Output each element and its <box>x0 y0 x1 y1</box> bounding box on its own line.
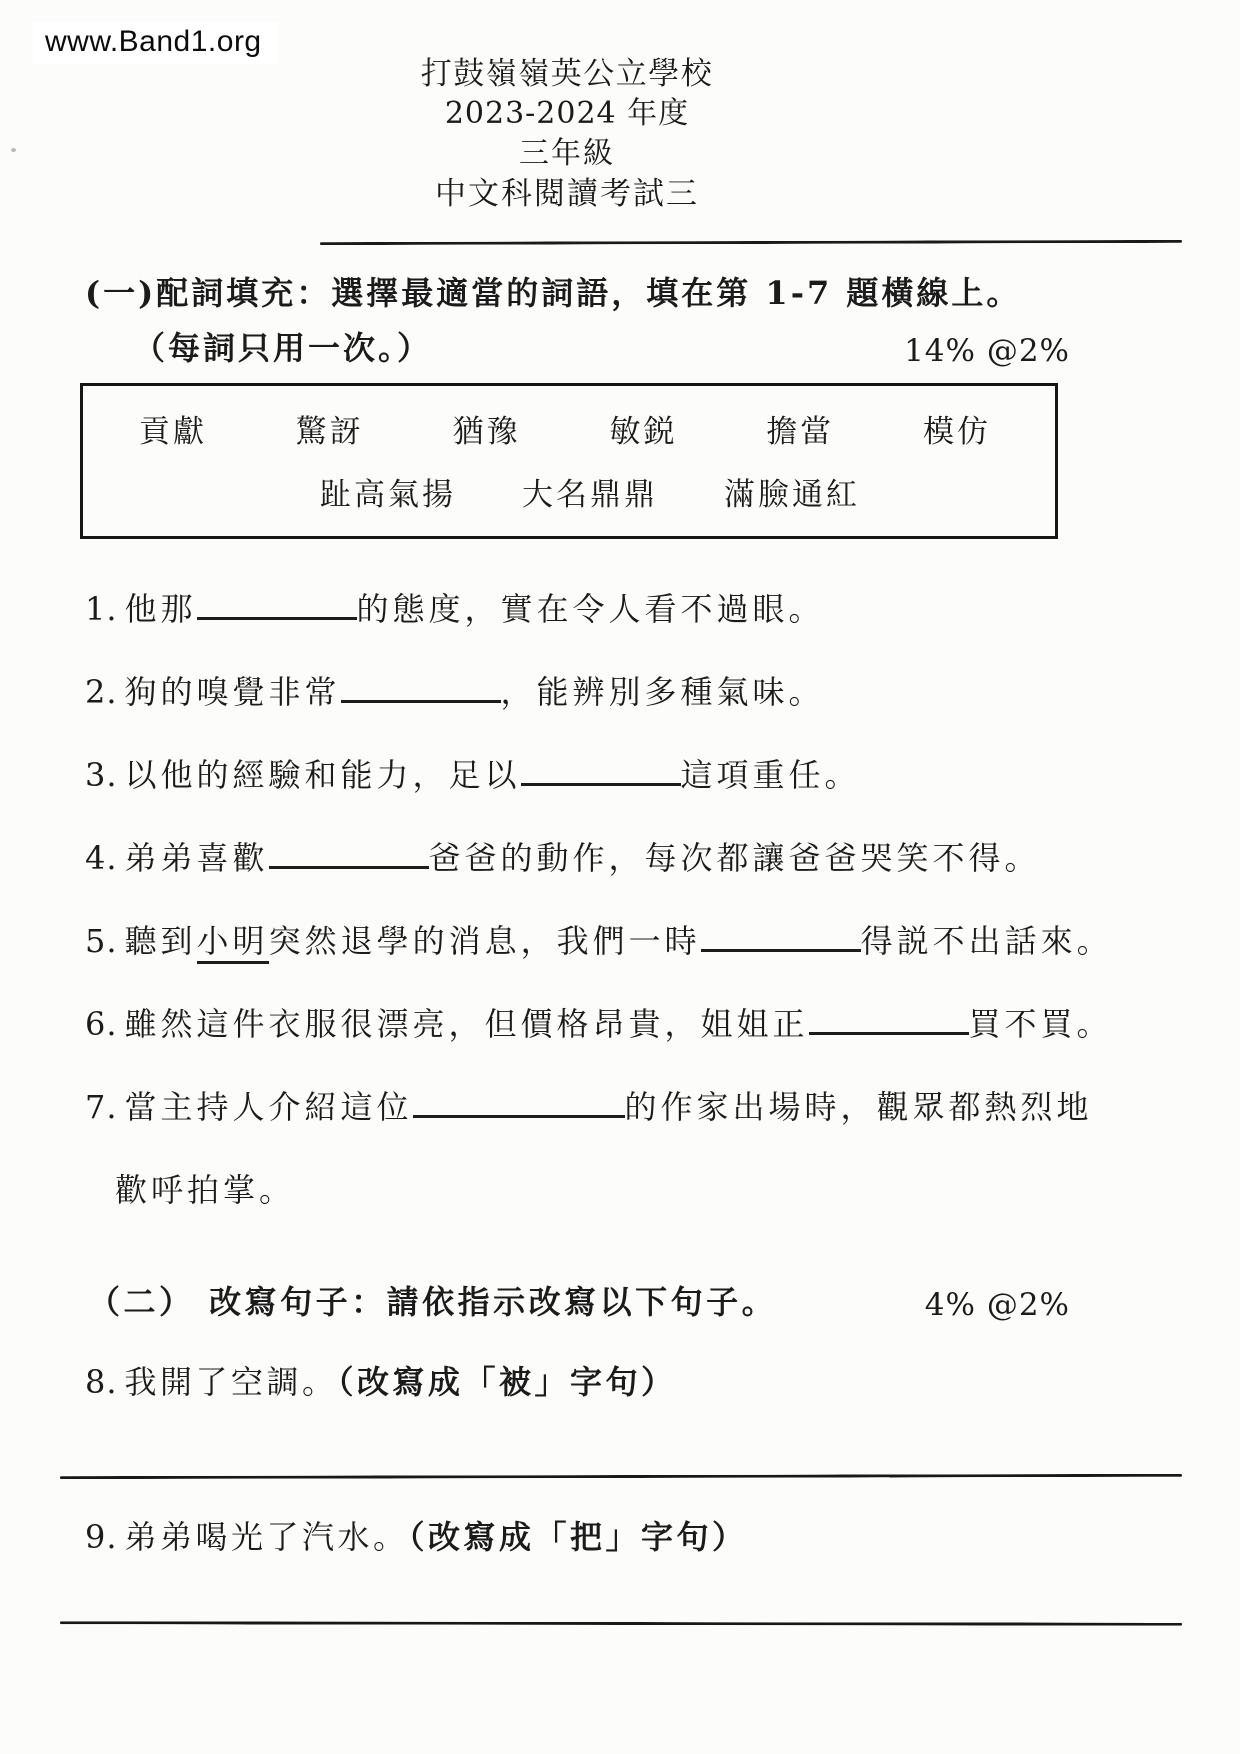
question-text: 聽到 <box>125 922 197 960</box>
word-bank-row-1: 貢獻 驚訝 猶豫 敏鋭 擔當 模仿 <box>83 406 1055 451</box>
answer-blank <box>413 1103 625 1118</box>
answer-blank <box>701 937 861 952</box>
question-number: 1. <box>85 590 118 628</box>
question-text: 雖然這件衣服很漂亮，但價格昂貴，姐姐正 <box>125 1005 809 1043</box>
underlined-name: 小明 <box>197 922 269 964</box>
question-6: 6.雖然這件衣服很漂亮，但價格昂貴，姐姐正買不買。 <box>85 1004 1240 1044</box>
answer-line <box>60 1621 1182 1626</box>
answer-blank <box>809 1020 969 1035</box>
answer-blank <box>341 688 501 703</box>
word-bank-word: 猶豫 <box>453 406 521 451</box>
word-bank: 貢獻 驚訝 猶豫 敏鋭 擔當 模仿 趾高氣揚 大名鼎鼎 滿臉通紅 <box>80 383 1058 539</box>
answer-blank <box>521 771 681 786</box>
rewrite-instruction: （改寫成「把」字句） <box>409 1518 748 1556</box>
question-2: 2.狗的嗅覺非常，能辨別多種氣味。 <box>85 672 1240 712</box>
question-number: 5. <box>85 922 118 960</box>
word-bank-word: 滿臉通紅 <box>724 469 860 514</box>
word-bank-word: 驚訝 <box>296 406 364 451</box>
question-5: 5.聽到小明突然退學的消息，我們一時得説不出話來。 <box>85 921 1240 961</box>
exam-title: 中文科閱讀考試三 <box>0 174 1134 214</box>
answer-blank <box>197 605 357 620</box>
question-text: 突然退學的消息，我們一時 <box>269 922 701 960</box>
section1-title: (一)配詞填充：選擇最適當的詞語，填在第 1-7 題橫線上。 <box>85 268 1200 314</box>
section1-subtitle-row: （每詞只用一次。） 14% @2% <box>133 323 1070 369</box>
question-text: 得説不出話來。 <box>861 922 1113 960</box>
word-bank-word: 模仿 <box>923 406 991 451</box>
word-bank-word: 敏鋭 <box>609 406 677 451</box>
exam-paper-page: www.Band1.org 打鼓嶺嶺英公立學校 2023-2024 年度 三年級… <box>0 0 1240 1754</box>
question-text: 這項重任。 <box>681 756 861 794</box>
question-7: 7.當主持人介紹這位的作家出場時，觀眾都熱烈地 <box>85 1087 1240 1127</box>
question-text: 歡呼拍掌。 <box>115 1171 295 1209</box>
question-text: 弟弟喜歡 <box>125 839 269 877</box>
question-text: 的態度，實在令人看不過眼。 <box>357 590 825 628</box>
section2-heading-row: （二） 改寫句子：請依指示改寫以下句子。 4% @2% <box>88 1277 1070 1323</box>
school-year: 2023-2024 年度 <box>0 94 1134 134</box>
watermark: www.Band1.org <box>33 22 278 64</box>
question-number: 7. <box>85 1088 118 1126</box>
word-bank-word: 趾高氣揚 <box>320 469 456 514</box>
question-7-continuation: 歡呼拍掌。 <box>115 1170 1240 1210</box>
question-number: 3. <box>85 756 118 794</box>
question-1: 1.他那的態度，實在令人看不過眼。 <box>85 589 1240 629</box>
word-bank-word: 貢獻 <box>139 406 207 451</box>
section2-title: （二） 改寫句子：請依指示改寫以下句子。 <box>88 1277 777 1323</box>
section2-marks: 4% @2% <box>925 1287 1070 1323</box>
section1-marks: 14% @2% <box>904 333 1070 369</box>
question-text: 買不買。 <box>969 1005 1113 1043</box>
question-number: 4. <box>85 839 118 877</box>
answer-line <box>60 1474 1182 1479</box>
question-text: 當主持人介紹這位 <box>125 1088 413 1126</box>
header-divider <box>320 240 1182 245</box>
question-text: 爸爸的動作，每次都讓爸爸哭笑不得。 <box>429 839 1041 877</box>
word-bank-word: 大名鼎鼎 <box>522 469 658 514</box>
question-text: 狗的嗅覺非常 <box>125 673 341 711</box>
question-number: 6. <box>85 1005 118 1043</box>
question-text: 他那 <box>125 590 197 628</box>
answer-blank <box>269 854 429 869</box>
grade-level: 三年級 <box>0 134 1134 174</box>
scan-speck <box>11 148 16 152</box>
question-text: 弟弟喝光了汽水。 <box>125 1518 409 1556</box>
section1-subtitle: （每詞只用一次。） <box>133 323 432 369</box>
question-8: 8.我開了空調。（改寫成「被」字句） <box>85 1361 1240 1403</box>
question-4: 4.弟弟喜歡爸爸的動作，每次都讓爸爸哭笑不得。 <box>85 838 1240 878</box>
question-number: 8. <box>85 1363 118 1401</box>
question-text: ，能辨別多種氣味。 <box>501 673 825 711</box>
question-text: 我開了空調。 <box>125 1363 338 1401</box>
question-text: 以他的經驗和能力，足以 <box>125 756 521 794</box>
question-text: 的作家出場時，觀眾都熱烈地 <box>625 1088 1093 1126</box>
question-number: 9. <box>85 1518 118 1556</box>
question-9: 9.弟弟喝光了汽水。（改寫成「把」字句） <box>85 1516 1240 1558</box>
question-number: 2. <box>85 673 118 711</box>
word-bank-word: 擔當 <box>766 406 834 451</box>
question-3: 3.以他的經驗和能力，足以這項重任。 <box>85 755 1240 795</box>
rewrite-instruction: （改寫成「被」字句） <box>338 1363 677 1401</box>
word-bank-row-2: 趾高氣揚 大名鼎鼎 滿臉通紅 <box>125 469 1055 514</box>
section1-questions: 1.他那的態度，實在令人看不過眼。 2.狗的嗅覺非常，能辨別多種氣味。 3.以他… <box>85 589 1240 1210</box>
